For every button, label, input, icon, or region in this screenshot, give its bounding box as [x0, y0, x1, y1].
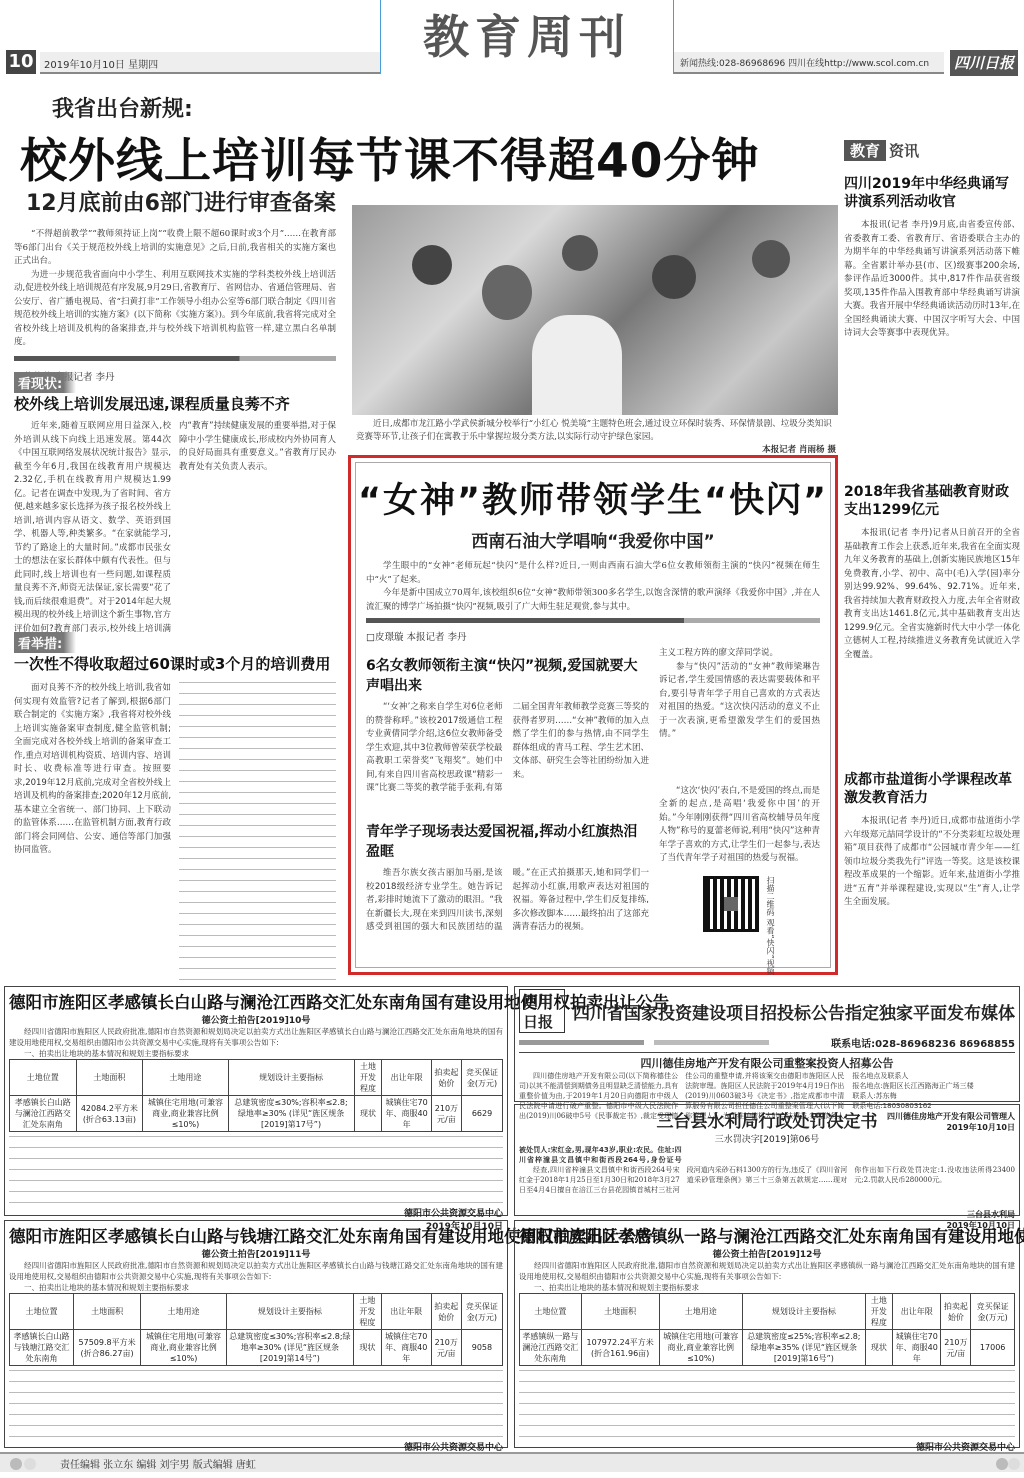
- lead-section-1: 看现状: 校外线上培训发展迅速,课程质量良莠不齐 近年来,随着互联网应用日益深入…: [14, 372, 336, 632]
- section-tag-status: 看现状:: [14, 372, 76, 393]
- feature-story-box: “女神”教师带领学生“快闪” 西南石油大学唱响“我爱你中国” 学生眼中的“女神”…: [348, 455, 838, 975]
- footer-dot-icon: [996, 1458, 1008, 1470]
- feature-byline: □皮璟璇 本报记者 李丹: [366, 629, 820, 643]
- page-number: 10: [6, 50, 36, 74]
- land-auction-notice-11: 德阳市旌阳区孝感镇长白山路与钱塘江路交汇处东南角国有建设用地使用权拍卖出让公告 …: [4, 1220, 508, 1448]
- notice-title: 德阳市旌阳区孝感镇纵一路与澜沧江西路交汇处东南角国有建设用地使用权拍卖出让公告: [519, 1223, 1015, 1247]
- sidebar-item-1-headline: 四川2019年中华经典诵写讲演系列活动收官: [844, 175, 1020, 211]
- sichuan-daily-notice: 四川日报 四川省国家投资建设项目招投标公告指定独家平面发布媒体 联系电话:028…: [514, 986, 1020, 1102]
- feature-section1-heading: 6名女教师领衔主演“快闪”视频,爱国就要大声唱出来: [366, 655, 649, 695]
- col-development: 土地开发程度: [354, 1060, 382, 1096]
- tag-news: 资讯: [886, 140, 919, 161]
- feature-headline: “女神”教师带领学生“快闪”: [356, 473, 830, 523]
- notice-body-lines: [9, 1370, 503, 1440]
- notice-section: 一、拍卖出让地块的基本情况和规划主要指标要求: [519, 1282, 1015, 1293]
- divider-stripe: [366, 618, 820, 623]
- section2-text-col2: [179, 682, 336, 982]
- col-indicators: 规划设计主要指标: [228, 1060, 354, 1096]
- feature-right-p3: “这次‘快闪’表白,不是爱国的终点,而是全新的起点,是高唱‘我爱你中国’的开始。…: [659, 785, 820, 866]
- notice-body-lines: [519, 1370, 1015, 1440]
- notice-body-lines: [9, 1136, 503, 1206]
- section-heading-status: 校外线上培训发展迅速,课程质量良莠不齐: [14, 393, 336, 414]
- notice-title: 德阳市旌阳区孝感镇长白山路与澜沧江西路交汇处东南角国有建设用地使用权拍卖出让公告: [9, 989, 503, 1013]
- sidebar-item-3-headline: 成都市盐道街小学课程改革激发教育活力: [844, 771, 1020, 807]
- section1-text: 近年来,随着互联网应用日益深入,校外培训从线下向线上迅速发展。第44次《中国互联…: [14, 420, 171, 632]
- hotline: 新闻热线:028-86968696 四川在线http://www.scol.co…: [680, 56, 929, 69]
- lead-intro: “不得超前教学”“教师须持证上岗”“收费上限不超60课时或3个月”……在教育部等…: [14, 228, 336, 383]
- notice-intro: 经四川省德阳市旌阳区人民政府批准,德阳市自然资源和规划局决定以拍卖方式出让旌阳区…: [9, 1260, 503, 1282]
- divider-stripe: [14, 356, 336, 361]
- masthead: 10 2019年10月10日 星期四 教育周刊 新闻热线:028-8696869…: [0, 0, 1024, 78]
- editor-credits: 责任编辑 张立东 编辑 刘宇男 版式编辑 唐虹: [60, 1456, 256, 1471]
- lead-section-2: 看举措: 一次性不得收取超过60课时或3个月的培训费用 面对良莠不齐的校外线上培…: [14, 632, 336, 982]
- land-table: 土地位置 土地面积 土地用途 规划设计主要指标 土地开发程度 出让年限 拍卖起始…: [9, 1293, 503, 1366]
- footer-dot-icon: [24, 1458, 36, 1470]
- penalty-body: 经查,四川省梓潼县文昌镇中和街西段264号宋红金于2018年1月25日至1月30…: [519, 1165, 1015, 1209]
- lead-subheadline: 12月底前由6部门进行审查备案: [26, 186, 336, 217]
- col-start-price: 拍卖起始价: [431, 1060, 461, 1096]
- notice-intro: 经四川省德阳市旌阳区人民政府批准,德阳市自然资源和规划局决定以拍卖方式出让旌阳区…: [9, 1026, 503, 1048]
- section-tag-measures: 看举措:: [14, 632, 76, 653]
- sidebar-item-1-body: 本报讯(记者 李丹)9月底,由省委宣传部、省委教育工委、省教育厅、省语委联合主办…: [844, 219, 1020, 469]
- section2-text: 面对良莠不齐的校外线上培训,我省如何实现有效监管?记者了解到,根据6部门联合制定…: [14, 682, 171, 982]
- feature-intro-p2: 今年是新中国成立70周年,该校组织6位“女神”教师带领300多名学生,以饱含深情…: [366, 587, 820, 614]
- lead-intro-p2: 为进一步规范我省面向中小学生、利用互联网技术实施的学科类校外线上培训活动,促进校…: [14, 269, 336, 350]
- photo-caption: 近日,成都市龙江路小学武侯新城分校举行“小红心 悦美境”主题特色班会,通过设立环…: [356, 418, 836, 444]
- sidebar-item-2-headline: 2018年我省基础教育财政支出1299亿元: [844, 483, 1020, 519]
- penalty-number: 三水罚决字[2019]第06号: [519, 1132, 1015, 1145]
- issue-date: 2019年10月10日 星期四: [44, 56, 158, 71]
- news-sidebar: 教育资讯 四川2019年中华经典诵写讲演系列活动收官 本报讯(记者 李丹)9月底…: [844, 140, 1020, 950]
- tag-education: 教育: [844, 140, 886, 161]
- sidebar-tag: 教育资讯: [844, 140, 1020, 161]
- penalty-title: 三台县水利局行政处罚决定书: [519, 1107, 1015, 1132]
- col-location: 土地位置: [10, 1060, 77, 1096]
- classroom-photo: [352, 205, 838, 415]
- notice-number: 德公资土拍告[2019]12号: [519, 1247, 1015, 1260]
- investor-notice-title: 四川德佳房地产开发有限公司重整案投资人招募公告: [519, 1052, 1015, 1071]
- footer-dot-icon: [1008, 1458, 1020, 1470]
- land-table: 土地位置 土地面积 土地用途 规划设计主要指标 土地开发程度 出让年限 拍卖起始…: [519, 1293, 1015, 1366]
- table-row: 孝感镇纵一路与澜沧江西路交汇处东南角 107972.24平方米(折合161.96…: [520, 1330, 1015, 1366]
- sichuan-daily-logo: 四川日报: [519, 989, 565, 1033]
- notice-number: 德公资土拍告[2019]11号: [9, 1247, 503, 1260]
- photo-caption-block: 近日,成都市龙江路小学武侯新城分校举行“小红心 悦美境”主题特色班会,通过设立环…: [356, 418, 836, 457]
- penalty-decision: 三台县水利局行政处罚决定书 三水罚决字[2019]第06号 被处罚人:宋红金,男…: [514, 1104, 1020, 1216]
- section-heading-measures: 一次性不得收取超过60课时或3个月的培训费用: [14, 653, 336, 674]
- lead-headline: 校外线上培训每节课不得超40分钟: [20, 124, 759, 191]
- table-row: 孝感镇长白山路与钱塘江路交汇处东南角 57509.8平方米(折合86.27亩) …: [10, 1330, 503, 1366]
- notice-title: 德阳市旌阳区孝感镇长白山路与钱塘江路交汇处东南角国有建设用地使用权拍卖出让公告: [9, 1223, 503, 1247]
- notice-intro: 经四川省德阳市旌阳区人民政府批准,德阳市自然资源和规划局决定以拍卖方式出让旌阳区…: [519, 1260, 1015, 1282]
- col-use: 土地用途: [143, 1060, 228, 1096]
- feature-subheadline: 西南石油大学唱响“我爱你中国”: [356, 527, 830, 552]
- land-auction-notice-12: 德阳市旌阳区孝感镇纵一路与澜沧江西路交汇处东南角国有建设用地使用权拍卖出让公告 …: [514, 1220, 1020, 1448]
- feature-section2-text: 维吾尔族女孩古丽加马丽,是该校2018级经济专业学生。她告诉记者,彩排时她流下了…: [366, 867, 649, 987]
- sidebar-item-2-body: 本报讯(记者 李丹)记者从日前召开的全省基础教育工作会上获悉,近年来,我省在全面…: [844, 527, 1020, 757]
- lead-pre-headline: 我省出台新规:: [52, 92, 193, 123]
- notice-section: 一、拍卖出让地块的基本情况和规划主要指标要求: [9, 1048, 503, 1059]
- feature-right-p2: 参与“快闪”活动的“女神”教师梁琳告诉记者,学生爱国情感的表达需要载体和平台,要…: [659, 661, 820, 779]
- newspaper-logo: 四川日报: [950, 50, 1018, 76]
- sidebar-item-3-body: 本报讯(记者 李丹)近日,成都市盐道街小学六年级郑元喆同学设计的“不分类彩虹垃圾…: [844, 815, 1020, 950]
- notice-section: 一、拍卖出让地块的基本情况和规划主要指标要求: [9, 1282, 503, 1293]
- feature-intro-p1: 学生眼中的“女神”老师玩起“快闪”是什么样?近日,一则由西南石油大学6位女教师领…: [366, 560, 820, 587]
- land-table: 土地位置 土地面积 土地用途 规划设计主要指标 土地开发程度 出让年限 拍卖起始…: [9, 1059, 503, 1132]
- section1-text-col2: 内“教育”持续健康发展的重要举措,对于保障中小学生健康成长,形成校内外协同育人的…: [179, 420, 336, 632]
- qr-code[interactable]: [703, 876, 759, 932]
- feature-right-p1: 主义工程方阵的廖文萍同学说。: [659, 647, 820, 661]
- lead-intro-p1: “不得超前教学”“教师须持证上岗”“收费上限不超60课时或3个月”……在教育部等…: [14, 228, 336, 269]
- feature-section1-text: “‘女神’之称来自学生对6位老师的赞誉称呼。”该校2017级通信工程专业黄倩同学…: [366, 701, 649, 811]
- qr-label: 扫描二维码 观看“快闪”视频: [765, 876, 776, 975]
- penalty-signature: 三台县水利局: [519, 1209, 1015, 1220]
- notice-number: 德公资土拍告[2019]10号: [9, 1013, 503, 1026]
- sichuan-daily-banner: 四川省国家投资建设项目招投标公告指定独家平面发布媒体: [573, 999, 1015, 1024]
- notice-signature: 德阳市公共资源交易中心: [9, 1206, 503, 1219]
- col-deposit: 竞买保证金(万元): [462, 1060, 503, 1096]
- sichuan-daily-contact: 联系电话:028-86968236 86968855: [831, 1035, 1015, 1050]
- land-auction-notice-10: 德阳市旌阳区孝感镇长白山路与澜沧江西路交汇处东南角国有建设用地使用权拍卖出让公告…: [4, 986, 508, 1216]
- table-row: 孝感镇长白山路与澜沧江西路交汇处东南角 42084.2平方米(折合63.13亩)…: [10, 1096, 503, 1132]
- section-title: 教育周刊: [380, 0, 674, 74]
- feature-section2-heading: 青年学子现场表达爱国祝福,挥动小红旗热泪盈眶: [366, 821, 649, 861]
- footer-dot-icon: [10, 1458, 22, 1470]
- penalty-party: 被处罚人:宋红金,男,现年43岁,职业:农民。住址:四川省梓潼县文昌镇中和街西段…: [519, 1145, 682, 1165]
- col-term: 出让年限: [382, 1060, 431, 1096]
- col-area: 土地面积: [76, 1060, 143, 1096]
